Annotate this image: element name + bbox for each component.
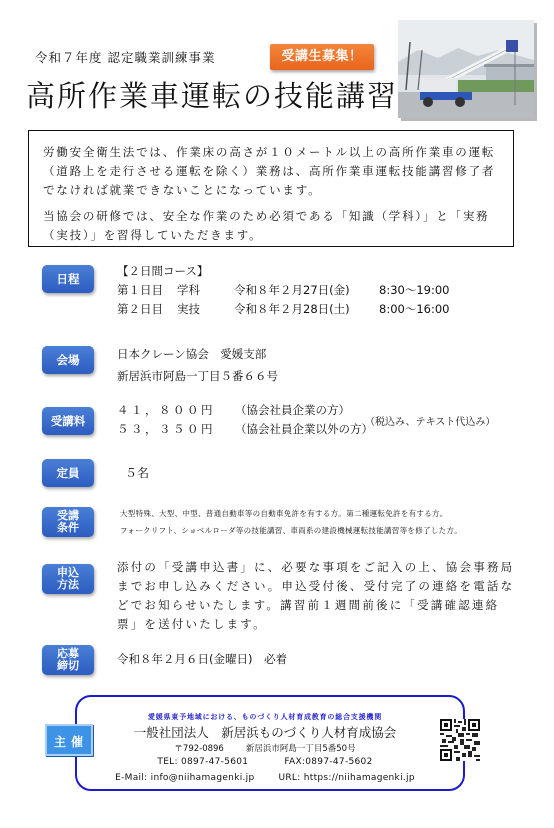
fee-row-2: ５３，３５０円（協会社員企業以外の方） [117,420,373,439]
org-address-line: 〒792-0896新居浜市阿島一丁目5番50号 [100,742,430,754]
requirement-line-1: 大型特殊、大型、中型、普通自動車等の自動車免許を有する方。第二種運転免許を有する… [120,505,462,522]
day-number: 第１日目 [117,281,177,300]
fee-note: （税込み、テキスト代込み） [365,413,495,428]
url-link[interactable]: URL: https://niihamagenki.jp [278,773,414,783]
recruiting-badge: 受講生募集！ [270,44,374,70]
day-time: 8:30～19:00 [379,283,449,297]
qr-code-icon [440,719,480,761]
application-line-1: 添付の「受講申込書」に、必要な事項をご記入の上、協会事務局 [117,558,514,577]
application-line-4: 票」を送付いたします。 [117,615,514,634]
label-deadline: 応募締切 [42,645,94,675]
label-line: 申込方法 [57,567,79,591]
fee-target: （協会社員企業の方） [235,403,350,417]
schedule-content: 【２日間コース】 第１日目学科令和８年２月27日(金)8:30～19:00 第２… [117,262,449,319]
day-time: 8:00～16:00 [379,302,449,316]
postal-code: 〒792-0896 [174,744,223,754]
capacity-value: ５名 [125,464,149,481]
fee-target: （協会社員企業以外の方） [235,422,373,436]
day-date: 令和８年２月27日(金) [234,281,379,300]
label-line: 応募締切 [57,648,79,672]
org-tagline: 愛媛県東予地域における、ものづくり人材育成教育の総合支援機関 [100,712,430,722]
label-line-2: 方法 [57,578,79,591]
label-capacity: 定員 [42,459,94,487]
day-type: 実技 [177,300,234,319]
venue-name: 日本クレーン協会 愛媛支部 [117,345,278,364]
page-title: 高所作業車運転の技能講習科 [26,74,429,115]
contact-web-line: E-Mail: info@niihamagenki.jpURL: https:/… [100,773,430,783]
requirements-content: 大型特殊、大型、中型、普通自動車等の自動車免許を有する方。第二種運転免許を有する… [120,505,462,539]
label-application: 申込方法 [42,564,94,594]
venue-content: 日本クレーン協会 愛媛支部 新居浜市阿島一丁目５番６６号 [117,345,278,386]
fee-row-1: ４１，８００円（協会社員企業の方） [117,401,373,420]
schedule-day-1: 第１日目学科令和８年２月27日(金)8:30～19:00 [117,281,449,300]
fee-content: ４１，８００円（協会社員企業の方） ５３，３５０円（協会社員企業以外の方） （税… [117,401,373,439]
application-line-3: どでお知らせいたします。講習前１週間前後に「受講確認連絡 [117,596,514,615]
aerial-work-truck-image [398,20,534,118]
application-line-2: までお申し込みください。申込受付後、受付完了の連絡を電話な [117,577,514,596]
schedule-day-2: 第２日目実技令和８年２月28日(土)8:00～16:00 [117,300,449,319]
qr-code[interactable] [440,719,480,761]
day-type: 学科 [177,281,234,300]
intro-box: 労働安全衛生法では、作業床の高さが１０メートル以上の高所作業車の運転（道路上を走… [28,130,514,247]
day-number: 第２日目 [117,300,177,319]
application-content: 添付の「受講申込書」に、必要な事項をご記入の上、協会事務局 までお申し込みくださ… [117,558,514,634]
intro-paragraph-2: 当協会の研修では、安全な作業のため必須である「知識（学科）」と「実務（実技）」を… [43,207,501,245]
label-fee: 受講料 [42,407,94,435]
fax: FAX:0897-47-5602 [284,757,372,767]
contact-phone-line: TEL: 0897-47-5601FAX:0897-47-5602 [100,757,430,767]
program-subtitle: 令和７年度 認定職業訓練事業 [35,48,215,66]
host-label: 主催 [45,724,93,756]
org-name: 一般社団法人 新居浜ものづくり人材育成協会 [100,723,430,741]
venue-address: 新居浜市阿島一丁目５番６６号 [117,367,278,386]
label-venue: 会場 [42,346,94,374]
label-requirements: 受講条件 [42,507,94,537]
label-line-2: 締切 [57,659,79,672]
requirement-line-2: フォークリフト、ショベルローダ等の技能講習、車両系の建設機械運転技能講習等を修了… [120,522,462,539]
schedule-course: 【２日間コース】 [117,262,449,281]
fee-amount: ５３，３５０円 [117,420,235,439]
fee-amount: ４１，８００円 [117,401,235,420]
truck-photo [398,20,534,118]
label-line: 受講条件 [57,510,79,534]
label-line-2: 条件 [57,521,79,534]
deadline-value: 令和８年２月６日(金曜日) 必着 [117,651,287,667]
label-schedule: 日程 [42,265,94,293]
org-address: 新居浜市阿島一丁目5番50号 [246,744,356,754]
day-date: 令和８年２月28日(土) [234,300,379,319]
email-link[interactable]: E-Mail: info@niihamagenki.jp [115,773,254,783]
tel: TEL: 0897-47-5601 [157,757,248,767]
intro-paragraph-1: 労働安全衛生法では、作業床の高さが１０メートル以上の高所作業車の運転（道路上を走… [43,143,501,200]
